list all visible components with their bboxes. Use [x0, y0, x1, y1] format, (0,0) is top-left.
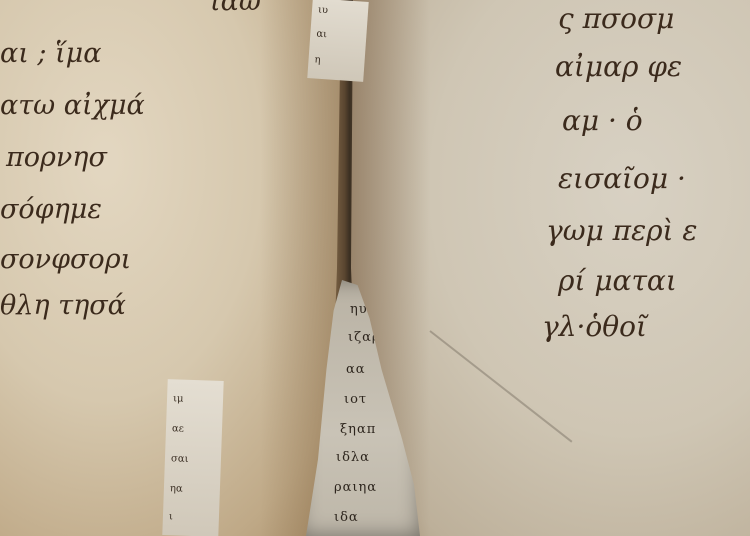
left-line-4: σόφημε: [0, 194, 102, 225]
tear-line-5: ιδλα: [336, 450, 370, 465]
right-line-0: ς πσοσμ: [558, 2, 674, 35]
left-line-6: θλη τησά: [0, 290, 126, 321]
tear-line-7: ιδα: [334, 510, 359, 525]
right-line-4: γωμ περὶ ε: [546, 214, 697, 247]
right-page: ς πσοσμ αἰμαρ φε αμ · ὁ εισαῖομ · γωμ πε…: [350, 0, 750, 536]
left-line-2: ατω αἰχμά: [0, 90, 145, 121]
strip-bottom-line-3: ηα: [170, 483, 183, 494]
strip-top-line-0: ιυ: [318, 5, 329, 17]
right-line-1: αἰμαρ φε: [555, 50, 682, 83]
right-line-3: εισαῖομ ·: [558, 162, 686, 195]
tear-line-4: ξηαπ: [340, 422, 376, 437]
strip-bottom-line-1: αε: [172, 423, 184, 434]
manuscript-photo: ιαω αι ; ἵμα ατω αἰχμά πορνησ σόφημε σον…: [0, 0, 750, 536]
right-line-6: γλ·ὁθοῖ: [542, 310, 647, 343]
strip-bottom-line-2: σαι: [171, 453, 189, 465]
right-line-5: ρί μαται: [558, 264, 677, 297]
strip-top-line-2: η: [314, 54, 321, 65]
left-line-3: πορνησ: [6, 142, 107, 173]
tear-line-3: ιοτ: [344, 392, 367, 407]
tear-line-6: ραιηα: [334, 480, 377, 495]
left-line-0: ιαω: [210, 0, 261, 17]
right-line-2: αμ · ὁ: [562, 104, 643, 137]
left-line-1: αι ; ἵμα: [0, 38, 101, 69]
paper-strip-bottom: ιμ αε σαι ηα ι: [162, 379, 223, 536]
strip-bottom-line-0: ιμ: [173, 393, 184, 404]
left-line-5: σονφσορι: [0, 244, 131, 275]
paper-strip-top: ιυ αι η: [307, 0, 368, 82]
tear-line-2: αα: [346, 362, 366, 377]
strip-bottom-line-4: ι: [169, 511, 173, 522]
strip-top-line-1: αι: [316, 28, 327, 40]
